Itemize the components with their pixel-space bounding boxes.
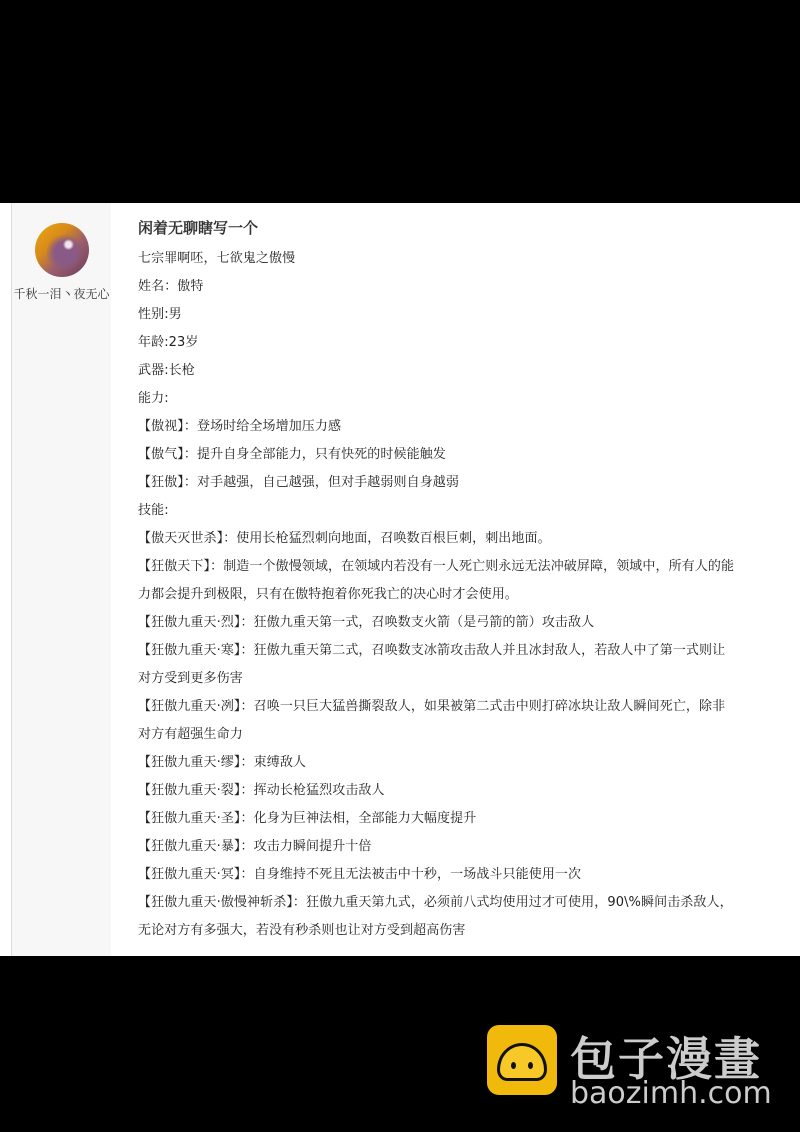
post-line: 【狂傲九重天·冽】：召唤一只巨大猛兽撕裂敌人，如果被第二式击中则打碎冰块让敌人瞬… xyxy=(138,693,793,721)
baozi-logo-icon xyxy=(487,1025,557,1095)
post-line: 技能: xyxy=(138,497,793,525)
post-line: 七宗罪啊呸，七欲鬼之傲慢 xyxy=(138,245,793,273)
post-line: 【狂傲九重天·圣】：化身为巨神法相，全部能力大幅度提升 xyxy=(138,805,793,833)
eye-icon xyxy=(528,1062,533,1069)
post-panel: 千秋一泪丶夜无心 闲着无聊瞎写一个 七宗罪啊呸，七欲鬼之傲慢 姓名：傲特 性别:… xyxy=(0,203,800,956)
eye-icon xyxy=(511,1062,516,1069)
post-line: 性别:男 xyxy=(138,301,793,329)
post-line: 【狂傲九重天·裂】：挥动长枪猛烈攻击敌人 xyxy=(138,777,793,805)
post-line: 【狂傲九重天·暴】：攻击力瞬间提升十倍 xyxy=(138,833,793,861)
avatar[interactable] xyxy=(35,223,89,277)
post-line: 【傲天灭世杀】：使用长枪猛烈刺向地面，召唤数百根巨刺，刺出地面。 xyxy=(138,525,793,553)
post-title: 闲着无聊瞎写一个 xyxy=(138,217,793,245)
post-line: 【狂傲九重天·冥】：自身维持不死且无法被击中十秒，一场战斗只能使用一次 xyxy=(138,861,793,889)
post-line: 【狂傲九重天·寒】：狂傲九重天第二式，召唤数支冰箭攻击敌人并且冰封敌人，若敌人中… xyxy=(138,637,793,665)
post-line: 力都会提升到极限，只有在傲特抱着你死我亡的决心时才会使用。 xyxy=(138,581,793,609)
post-line: 【傲视】：登场时给全场增加压力感 xyxy=(138,413,793,441)
post-line: 能力: xyxy=(138,385,793,413)
post-line: 对方有超强生命力 xyxy=(138,721,793,749)
post-line: 武器:长枪 xyxy=(138,357,793,385)
post-line: 【狂傲天下】：制造一个傲慢领域，在领域内若没有一人死亡则永远无法冲破屏障，领域中… xyxy=(138,553,793,581)
post-line: 【狂傲九重天·烈】：狂傲九重天第一式，召唤数支火箭（是弓箭的箭）攻击敌人 xyxy=(138,609,793,637)
post-line: 【狂傲九重天·傲慢神斩杀】：狂傲九重天第九式，必须前八式均使用过才可使用，90\… xyxy=(138,889,793,917)
post-line: 无论对方有多强大，若没有秒杀则也让对方受到超高伤害 xyxy=(138,917,793,945)
bun-icon xyxy=(497,1043,547,1081)
post-line: 姓名：傲特 xyxy=(138,273,793,301)
post-line: 【狂傲九重天·缪】：束缚敌人 xyxy=(138,749,793,777)
author-sidebar: 千秋一泪丶夜无心 xyxy=(11,203,111,956)
author-name[interactable]: 千秋一泪丶夜无心 xyxy=(12,285,111,302)
post-line: 对方受到更多伤害 xyxy=(138,665,793,693)
post-content: 闲着无聊瞎写一个 七宗罪啊呸，七欲鬼之傲慢 姓名：傲特 性别:男 年龄:23岁 … xyxy=(138,217,793,945)
watermark-domain: baozimh.com xyxy=(570,1076,772,1111)
post-line: 【狂傲】：对手越强，自己越强，但对手越弱则自身越弱 xyxy=(138,469,793,497)
post-line: 年龄:23岁 xyxy=(138,329,793,357)
post-line: 【傲气】：提升自身全部能力，只有快死的时候能触发 xyxy=(138,441,793,469)
